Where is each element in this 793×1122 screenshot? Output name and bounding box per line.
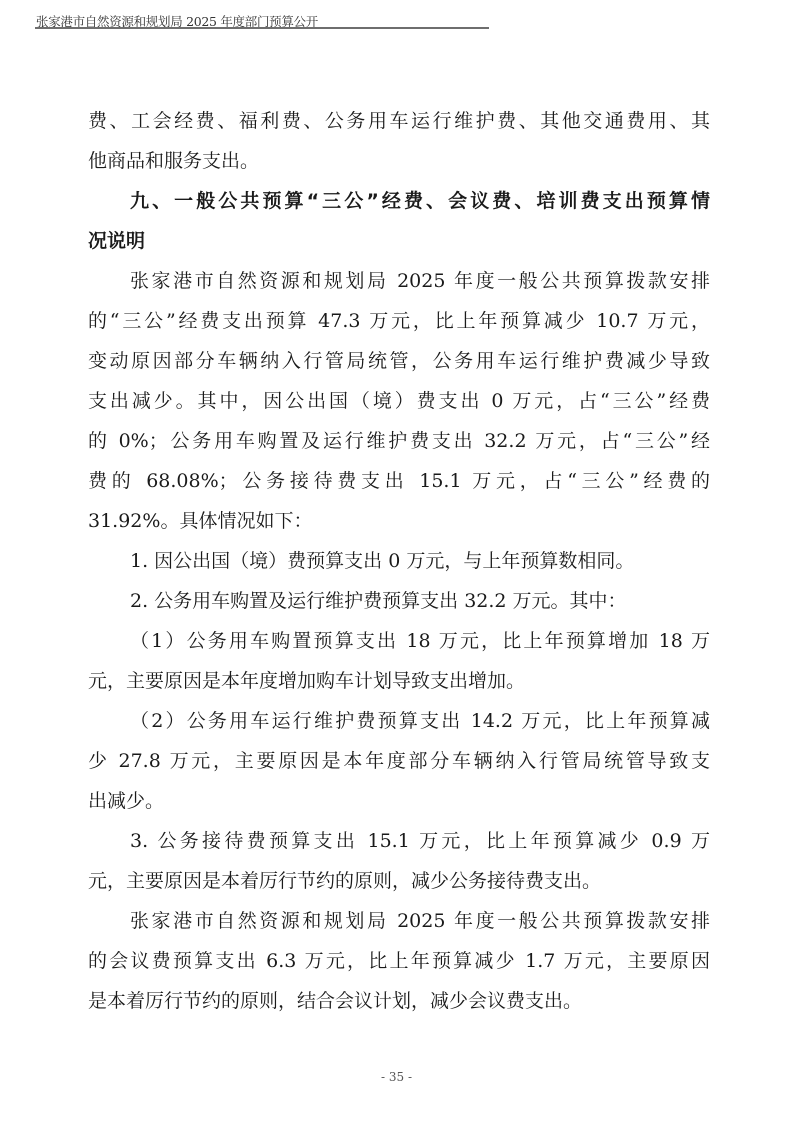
list-item-line: 元，主要原因是本着厉行节约的原则，减少公务接待费支出。 (88, 861, 710, 901)
paragraph-line: 变动原因部分车辆纳入行管局统管，公务用车运行维护费减少导致 (88, 341, 710, 381)
sub-item-line: （1）公务用车购置预算支出 18 万元，比上年预算增加 18 万 (88, 621, 710, 661)
sub-item-line: （2）公务用车运行维护费预算支出 14.2 万元，比上年预算减 (88, 701, 710, 741)
section-heading-line: 况说明 (88, 221, 710, 261)
paragraph-line: 费、工会经费、福利费、公务用车运行维护费、其他交通费用、其 (88, 101, 710, 141)
paragraph-line: 支出减少。其中，因公出国（境）费支出 0 万元，占“三公”经费 (88, 381, 710, 421)
list-item-line: 2. 公务用车购置及运行维护费预算支出 32.2 万元。其中： (88, 581, 710, 621)
header-divider (35, 27, 489, 29)
paragraph-line: 的 0%；公务用车购置及运行维护费支出 32.2 万元，占“三公”经 (88, 421, 710, 461)
paragraph-line: 是本着厉行节约的原则，结合会议计划，减少会议费支出。 (88, 981, 710, 1021)
list-item-line: 1. 因公出国（境）费预算支出 0 万元，与上年预算数相同。 (88, 541, 710, 581)
sub-item-line: 少 27.8 万元，主要原因是本年度部分车辆纳入行管局统管导致支 (88, 741, 710, 781)
sub-item-line: 出减少。 (88, 781, 710, 821)
page-number: - 35 - (0, 1070, 793, 1084)
paragraph-line: 他商品和服务支出。 (88, 141, 710, 181)
section-heading-line: 九、一般公共预算“三公”经费、会议费、培训费支出预算情 (88, 181, 710, 221)
paragraph-line: 费的 68.08%；公务接待费支出 15.1 万元，占“三公”经费的 (88, 461, 710, 501)
sub-item-line: 元，主要原因是本年度增加购车计划导致支出增加。 (88, 661, 710, 701)
paragraph-line: 张家港市自然资源和规划局 2025 年度一般公共预算拨款安排 (88, 261, 710, 301)
paragraph-line: 31.92%。具体情况如下： (88, 501, 710, 541)
document-body: 费、工会经费、福利费、公务用车运行维护费、其他交通费用、其 他商品和服务支出。 … (88, 101, 710, 1021)
paragraph-line: 张家港市自然资源和规划局 2025 年度一般公共预算拨款安排 (88, 901, 710, 941)
list-item-line: 3. 公务接待费预算支出 15.1 万元，比上年预算减少 0.9 万 (88, 821, 710, 861)
paragraph-line: 的“三公”经费支出预算 47.3 万元，比上年预算减少 10.7 万元， (88, 301, 710, 341)
paragraph-line: 的会议费预算支出 6.3 万元，比上年预算减少 1.7 万元，主要原因 (88, 941, 710, 981)
